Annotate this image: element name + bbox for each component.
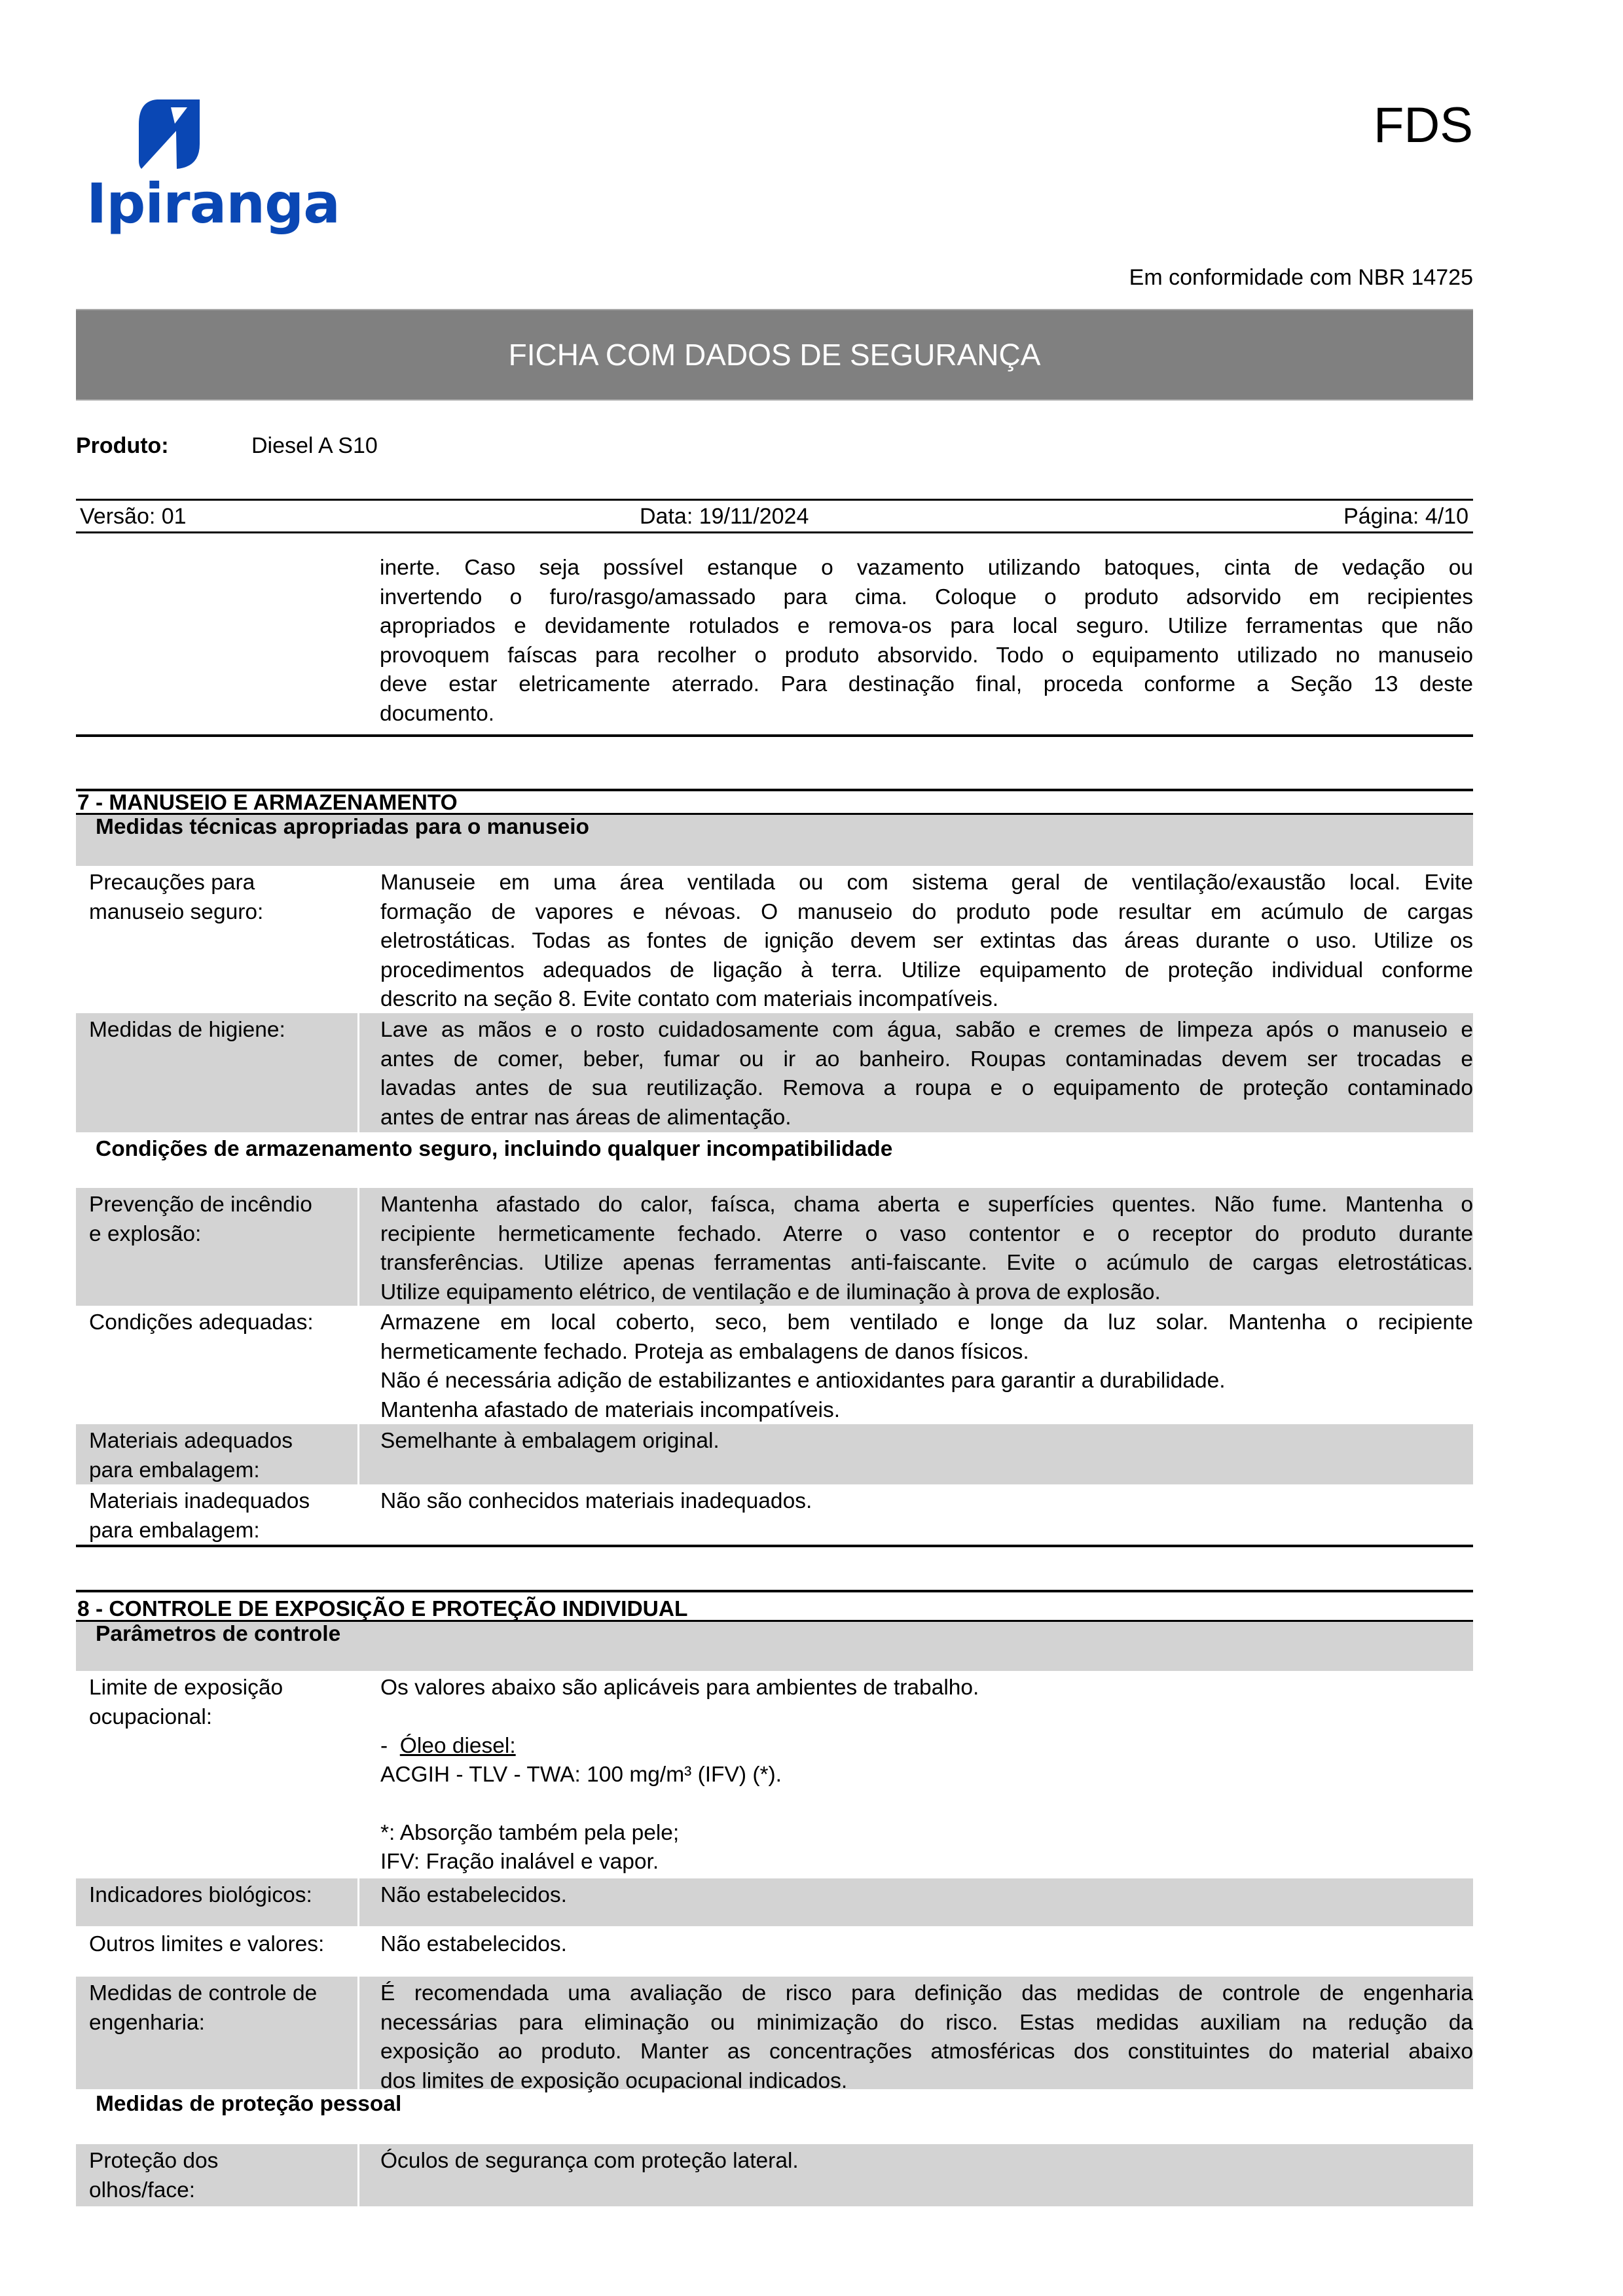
section-end-rule bbox=[76, 1545, 1473, 1547]
table-row: Prevenção de incêndioe explosão: Mantenh… bbox=[76, 1188, 1473, 1306]
version: Versão: 01 bbox=[80, 504, 187, 529]
compliance-note: Em conformidade com NBR 14725 bbox=[1129, 265, 1473, 291]
subsection-storage-title: Condições de armazenamento seguro, inclu… bbox=[76, 1137, 1473, 1188]
document-title: FICHA COM DADOS DE SEGURANÇA bbox=[509, 337, 1041, 372]
row-value: Não estabelecidos. bbox=[359, 1928, 1473, 1975]
substance-name: Óleo diesel: bbox=[400, 1734, 516, 1758]
section-7-title: 7 - MANUSEIO E ARMAZENAMENTO bbox=[77, 791, 458, 816]
subsection-control-parameters-title: Parâmetros de controle bbox=[76, 1622, 1473, 1671]
subsection-handling-title: Medidas técnicas apropriadas para o manu… bbox=[76, 815, 1473, 866]
row-value: Os valores abaixo são aplicáveis para am… bbox=[359, 1671, 1473, 1878]
section-end-rule bbox=[76, 734, 1473, 737]
exposure-limit: ACGIH - TLV - TWA: 100 mg/m³ (IFV) (*). bbox=[380, 1761, 1473, 1790]
table-row: Materiais inadequadospara embalagem: Não… bbox=[76, 1484, 1473, 1545]
document-title-bar: FICHA COM DADOS DE SEGURANÇA bbox=[76, 309, 1473, 401]
table-row: Limite de exposiçãoocupacional: Os valor… bbox=[76, 1671, 1473, 1878]
row-label: Outros limites e valores: bbox=[76, 1928, 357, 1975]
section-8-title: 8 - CONTROLE DE EXPOSIÇÃO E PROTEÇÃO IND… bbox=[77, 1597, 688, 1622]
row-value: É recomendada uma avaliação de risco par… bbox=[359, 1977, 1473, 2089]
table-row: Indicadores biológicos: Não estabelecido… bbox=[76, 1878, 1473, 1926]
row-label: Materiais inadequadospara embalagem: bbox=[76, 1484, 357, 1545]
row-label: Precauções paramanuseio seguro: bbox=[76, 866, 357, 1013]
continuation-paragraph: inerte. Caso seja possível estanque o va… bbox=[380, 554, 1473, 728]
table-row: Medidas de higiene: Lave as mãos e o ros… bbox=[76, 1013, 1473, 1132]
row-value: Semelhante à embalagem original. bbox=[359, 1424, 1473, 1484]
table-row: Materiais adequadospara embalagem: Semel… bbox=[76, 1424, 1473, 1484]
row-label: Materiais adequadospara embalagem: bbox=[76, 1424, 357, 1484]
table-row: Proteção dosolhos/face: Óculos de segura… bbox=[76, 2144, 1473, 2206]
divider bbox=[76, 531, 1473, 533]
row-label: Medidas de higiene: bbox=[76, 1013, 357, 1132]
row-label: Indicadores biológicos: bbox=[76, 1878, 357, 1926]
table-row: Condições adequadas: Armazene em local c… bbox=[76, 1306, 1473, 1424]
table-row: Precauções paramanuseio seguro: Manuseie… bbox=[76, 866, 1473, 1013]
divider bbox=[76, 499, 1473, 501]
ipiranga-logo-icon bbox=[137, 98, 202, 170]
row-value: Lave as mãos e o rosto cuidadosamente co… bbox=[359, 1013, 1473, 1132]
table-row: Outros limites e valores: Não estabeleci… bbox=[76, 1928, 1473, 1975]
row-value: Não estabelecidos. bbox=[359, 1878, 1473, 1926]
revision-date: Data: 19/11/2024 bbox=[640, 504, 809, 529]
row-value: Óculos de segurança com proteção lateral… bbox=[359, 2144, 1473, 2206]
subsection-personal-protection-title: Medidas de proteção pessoal bbox=[76, 2092, 1473, 2143]
row-value: Mantenha afastado do calor, faísca, cham… bbox=[359, 1188, 1473, 1306]
row-label: Prevenção de incêndioe explosão: bbox=[76, 1188, 357, 1306]
product-name: Diesel A S10 bbox=[251, 433, 378, 459]
section-rule bbox=[76, 1590, 1473, 1592]
page-number: Página: 4/10 bbox=[1343, 504, 1468, 529]
product-label: Produto: bbox=[76, 433, 169, 459]
row-label: Proteção dosolhos/face: bbox=[76, 2144, 357, 2206]
table-row: Medidas de controle deengenharia: É reco… bbox=[76, 1977, 1473, 2089]
document-type: FDS bbox=[1374, 97, 1473, 154]
row-value: Armazene em local coberto, seco, bem ven… bbox=[359, 1306, 1473, 1424]
row-value: Manuseie em uma área ventilada ou com si… bbox=[359, 866, 1473, 1013]
brand-logo-text: Ipiranga bbox=[86, 171, 340, 236]
row-label: Medidas de controle deengenharia: bbox=[76, 1977, 357, 2089]
row-label: Condições adequadas: bbox=[76, 1306, 357, 1424]
row-value: Não são conhecidos materiais inadequados… bbox=[359, 1484, 1473, 1545]
row-label: Limite de exposiçãoocupacional: bbox=[76, 1671, 357, 1878]
